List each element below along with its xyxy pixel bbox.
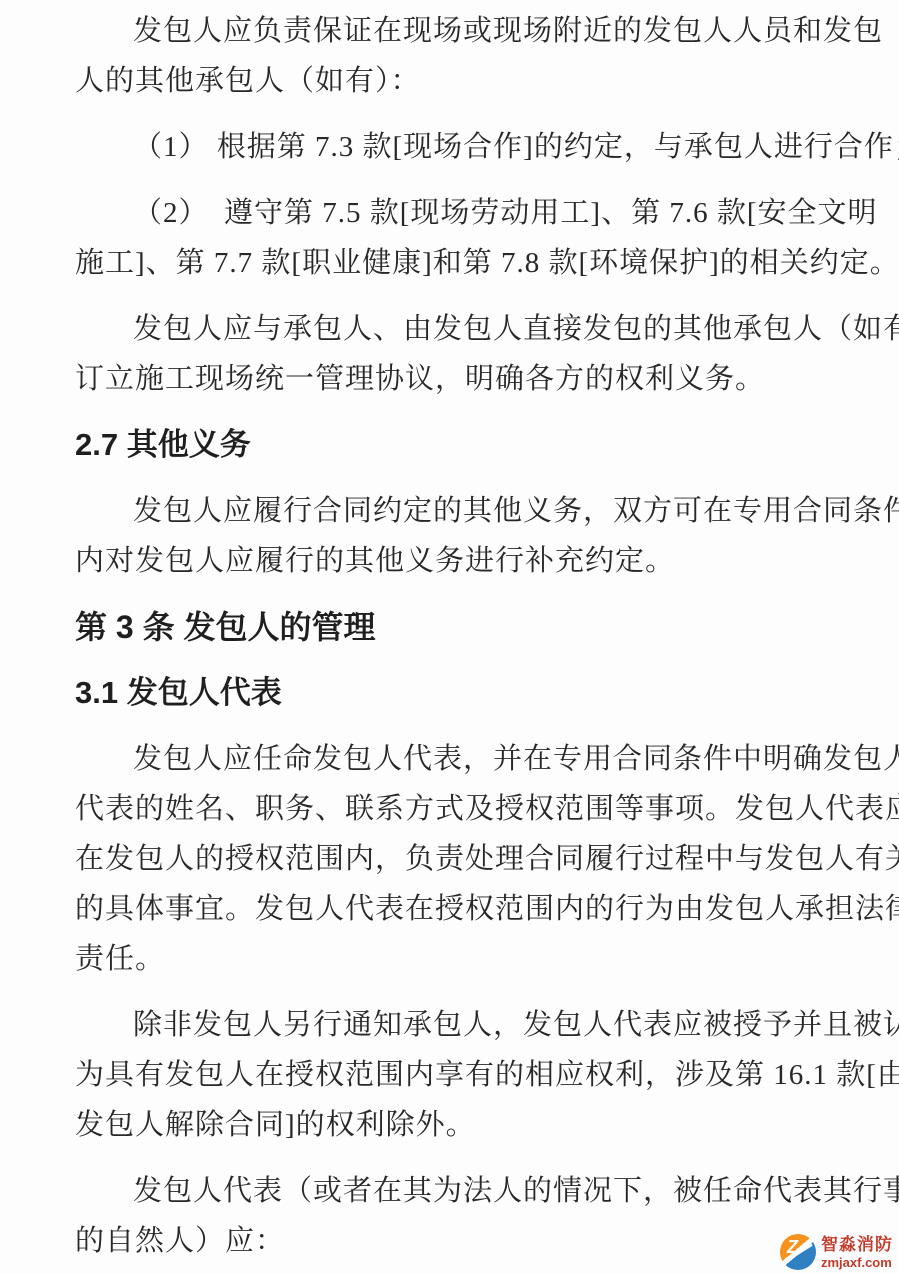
text-line: （2） 遵守第 7.5 款[现场劳动用工]、第 7.6 款[安全文明 <box>75 188 835 238</box>
paragraph: 发包人应与承包人、由发包人直接发包的其他承包人（如有） 订立施工现场统一管理协议… <box>75 304 835 404</box>
text-line: 施工]、第 7.7 款[职业健康]和第 7.8 款[环境保护]的相关约定。 <box>75 238 835 288</box>
text-line: 代表的姓名、职务、联系方式及授权范围等事项。发包人代表应 <box>75 784 835 834</box>
document-body: 发包人应负责保证在现场或现场附近的发包人人员和发包 人的其他承包人（如有）： （… <box>0 0 899 1266</box>
paragraph: 发包人代表（或者在其为法人的情况下，被任命代表其行事 的自然人）应： <box>75 1166 835 1266</box>
text-line: 发包人应任命发包人代表，并在专用合同条件中明确发包人 <box>75 734 835 784</box>
list-item-2: （2） 遵守第 7.5 款[现场劳动用工]、第 7.6 款[安全文明 施工]、第… <box>75 188 835 288</box>
brand-text: 智淼消防 zmjaxf.com <box>821 1236 893 1269</box>
text-line: 发包人应负责保证在现场或现场附近的发包人人员和发包 <box>75 6 835 56</box>
paragraph: 发包人应负责保证在现场或现场附近的发包人人员和发包 人的其他承包人（如有）： <box>75 6 835 106</box>
text-line: 责任。 <box>75 934 835 984</box>
text-line: 发包人代表（或者在其为法人的情况下，被任命代表其行事 <box>75 1166 835 1216</box>
text-line: 发包人解除合同]的权利除外。 <box>75 1100 835 1150</box>
brand-logo-icon: Z <box>780 1234 816 1270</box>
text-line: 内对发包人应履行的其他义务进行补充约定。 <box>75 536 835 586</box>
section-heading-2-7: 2.7 其他义务 <box>75 420 835 470</box>
text-line: 订立施工现场统一管理协议，明确各方的权利义务。 <box>75 354 835 404</box>
paragraph: 发包人应任命发包人代表，并在专用合同条件中明确发包人 代表的姓名、职务、联系方式… <box>75 734 835 984</box>
text-line: 人的其他承包人（如有）： <box>75 56 835 106</box>
paragraph: 发包人应履行合同约定的其他义务，双方可在专用合同条件 内对发包人应履行的其他义务… <box>75 486 835 586</box>
text-line: 除非发包人另行通知承包人，发包人代表应被授予并且被认 <box>75 1000 835 1050</box>
text-line: 的自然人）应： <box>75 1216 835 1266</box>
document-page: 发包人应负责保证在现场或现场附近的发包人人员和发包 人的其他承包人（如有）： （… <box>0 0 899 1274</box>
section-heading-3-1: 3.1 发包人代表 <box>75 668 835 718</box>
text-line: 的具体事宜。发包人代表在授权范围内的行为由发包人承担法律 <box>75 884 835 934</box>
brand-watermark: Z 智淼消防 zmjaxf.com <box>780 1234 893 1270</box>
brand-logo-glyph: Z <box>787 1237 798 1258</box>
text-line: 为具有发包人在授权范围内享有的相应权利，涉及第 16.1 款[由 <box>75 1050 835 1100</box>
brand-site: zmjaxf.com <box>821 1256 893 1269</box>
list-item-1: （1） 根据第 7.3 款[现场合作]的约定，与承包人进行合作； <box>75 122 835 172</box>
article-heading-3: 第 3 条 发包人的管理 <box>75 602 835 652</box>
brand-name: 智淼消防 <box>821 1236 893 1253</box>
text-line: 发包人应履行合同约定的其他义务，双方可在专用合同条件 <box>75 486 835 536</box>
text-line: 发包人应与承包人、由发包人直接发包的其他承包人（如有） <box>75 304 835 354</box>
paragraph: 除非发包人另行通知承包人，发包人代表应被授予并且被认 为具有发包人在授权范围内享… <box>75 1000 835 1150</box>
text-line: 在发包人的授权范围内，负责处理合同履行过程中与发包人有关 <box>75 834 835 884</box>
text-line: （1） 根据第 7.3 款[现场合作]的约定，与承包人进行合作； <box>75 122 835 172</box>
